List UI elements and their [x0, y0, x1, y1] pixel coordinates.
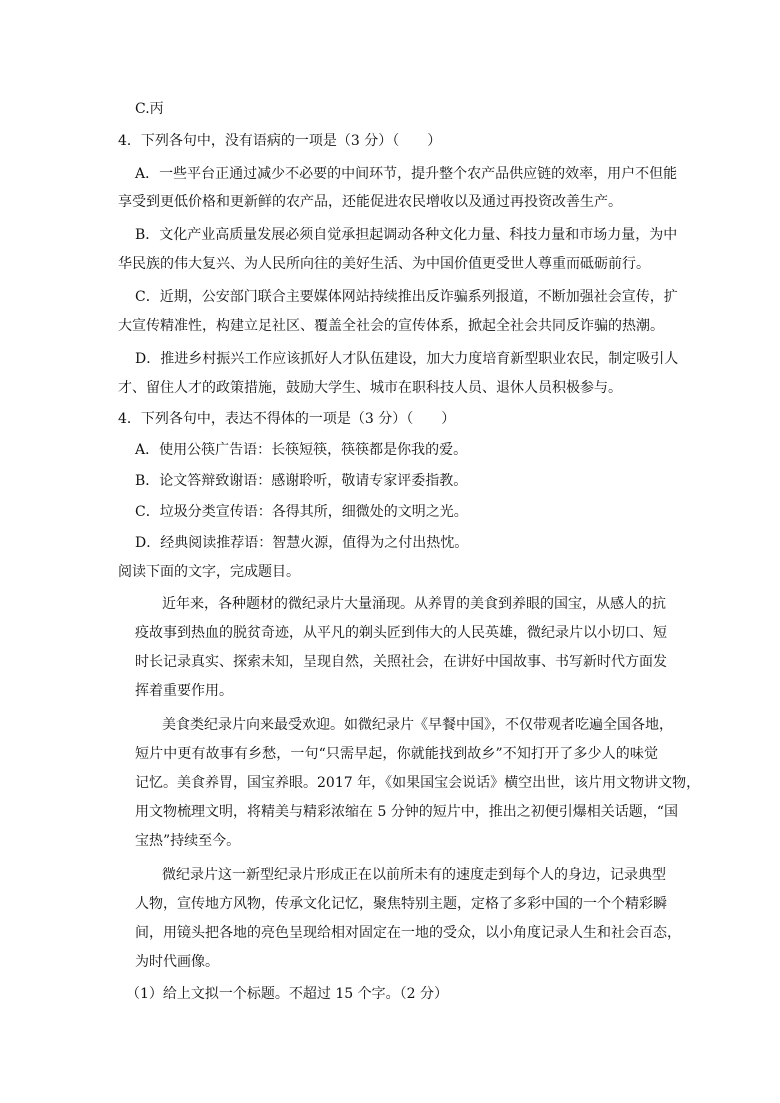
- passage-p3-line1: 微纪录片这一新型纪录片形成正在以前所未有的速度走到每个人的身边，记录典型: [162, 866, 658, 884]
- passage-p2-line2: 短片中更有故事有乡愁，一句“只需早起，你就能找到故乡”不知打开了多少人的味觉: [135, 745, 658, 763]
- passage-p3-line2: 人物，宣传地方风物，传承文化记忆，聚焦特别主题，定格了多彩中国的一个个精彩瞬: [135, 895, 658, 913]
- passage-p1-line2: 疫故事到热血的脱贫奇迹，从平凡的剃头匠到伟大的人民英雄，微纪录片以小切口、短: [135, 624, 658, 642]
- option-c-line1: C．近期，公安部门联合主要媒体网站持续推出反诈骗系列报道，不断加强社会宣传，扩: [135, 288, 658, 306]
- reading-intro: 阅读下面的文字，完成题目。: [118, 563, 300, 581]
- option-d-line1: D．推进乡村振兴工作应该抓好人才队伍建设，加大力度培育新型职业农民，制定吸引人: [135, 350, 658, 368]
- prev-option-c: C.丙: [135, 100, 164, 118]
- option-b-line1: B．文化产业高质量发展必须自觉承担起调动各种文化力量、科技力量和市场力量，为中: [135, 226, 658, 244]
- passage-p2-line3: 记忆。美食养胃，国宝养眼。2017 年，《如果国宝会说话》横空出世，该片用文物讲…: [135, 774, 658, 792]
- option-a-line1: A．一些平台正通过减少不必要的中间环节，提升整个农产品供应链的效率，用户不但能: [135, 165, 658, 183]
- question-4-appropriateness-stem: 4．下列各句中，表达不得体的一项是（3 分）（ ）: [118, 410, 455, 428]
- passage-p1-line4: 挥着重要作用。: [135, 682, 233, 700]
- passage-p2-line5: 宝热”持续至今。: [135, 832, 240, 850]
- option-b-line2: 华民族的伟大复兴、为人民所向往的美好生活、为中国价值更受世人尊重而砥砺前行。: [118, 255, 650, 273]
- passage-p3-line3: 间，用镜头把各地的亮色呈现给相对固定在一地的受众，以小角度记录人生和社会百态，: [135, 924, 658, 942]
- option-d: D．经典阅读推荐语：智慧火源，值得为之付出热忱。: [135, 534, 468, 552]
- passage-p1-line1: 近年来，各种题材的微纪录片大量涌现。从养胃的美食到养眼的国宝，从感人的抗: [162, 595, 658, 613]
- option-a: A．使用公筷广告语：长筷短筷，筷筷都是你我的爱。: [135, 441, 467, 459]
- option-d-line2: 才、留住人才的政策措施，鼓励大学生、城市在职科技人员、退休人员积极参与。: [118, 379, 622, 397]
- passage-p2-line4: 用文物梳理文明，将精美与精彩浓缩在 5 分钟的短片中，推出之初便引爆相关话题，“…: [135, 803, 658, 821]
- option-c: C．垃圾分类宣传语：各得其所，细微处的文明之光。: [135, 503, 468, 521]
- question-4-grammar-stem: 4．下列各句中，没有语病的一项是（3 分）（ ）: [118, 132, 441, 150]
- option-b: B．论文答辩致谢语：感谢聆听，敬请专家评委指教。: [135, 472, 467, 490]
- passage-p1-line3: 时长记录真实、探索未知，呈现自然，关照社会，在讲好中国故事、书写新时代方面发: [135, 653, 658, 671]
- passage-p3-line4: 为时代画像。: [135, 953, 219, 971]
- sub-question-1: （1）给上文拟一个标题。不超过 15 个字。（2 分）: [126, 985, 448, 1003]
- option-c-line2: 大宣传精准性，构建立足社区、覆盖全社会的宣传体系，掀起全社会共同反诈骗的热潮。: [118, 317, 664, 335]
- option-a-line2: 享受到更低价格和更新鲜的农产品，还能促进农民增收以及通过再投资改善生产。: [118, 193, 622, 211]
- passage-p2-line1: 美食类纪录片向来最受欢迎。如微纪录片《早餐中国》，不仅带观者吃遍全国各地，: [162, 716, 658, 734]
